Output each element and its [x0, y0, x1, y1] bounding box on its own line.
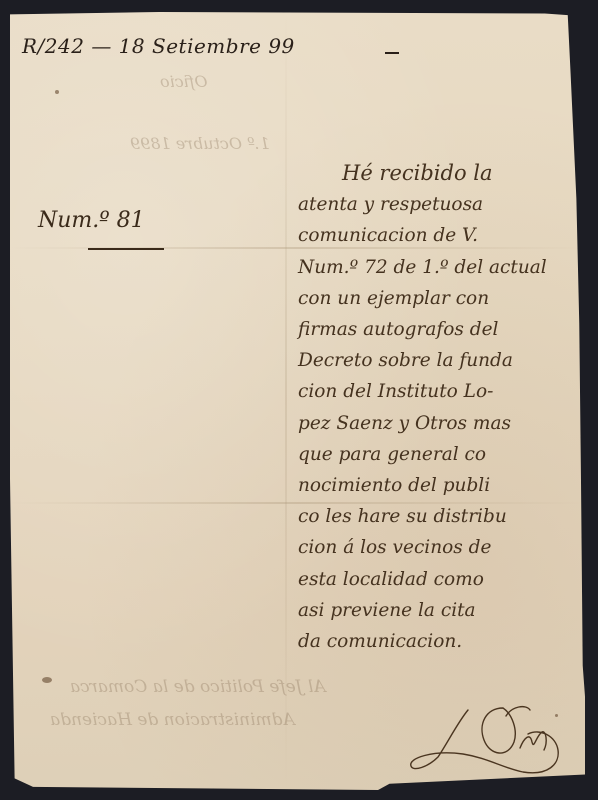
letter-body: Hé recibido la atenta y respetuosa comun… — [298, 158, 578, 657]
body-line: Hé recibido la — [298, 158, 578, 189]
signature-rubric-icon — [408, 702, 568, 782]
body-line: nocimiento del publi — [298, 470, 578, 501]
bleed-through-text: 1.º Octubre 1899 — [130, 134, 270, 153]
body-line: pez Saenz y Otros mas — [298, 408, 578, 439]
document-scan: Oficio 1.º Octubre 1899 Al Jefe Politico… — [0, 0, 598, 800]
body-line: firmas autografos del — [298, 314, 578, 345]
ink-spot — [55, 90, 59, 94]
bleed-through-text: Al Jefe Politico de la Comarca — [70, 677, 326, 697]
body-line: Decreto sobre la funda — [298, 345, 578, 376]
body-line: Num.º 72 de 1.º del actual — [298, 252, 578, 283]
bleed-through-text: Administracion de Hacienda — [50, 710, 295, 730]
body-line: cion á los vecinos de — [298, 532, 578, 563]
reference-underline — [385, 52, 399, 54]
body-line: asi previene la cita — [298, 595, 578, 626]
body-line: esta localidad como — [298, 564, 578, 595]
body-line: da comunicacion. — [298, 626, 578, 657]
number-underline — [88, 248, 164, 250]
ink-spot — [42, 677, 52, 683]
body-line: que para general co — [298, 439, 578, 470]
body-line: co les hare su distribu — [298, 501, 578, 532]
fold-crease — [285, 12, 287, 790]
bleed-through-text: Oficio — [160, 72, 208, 91]
document-number: Num.º 81 — [38, 208, 145, 233]
body-line: con un ejemplar con — [298, 283, 578, 314]
reference-annotation: R/242 — 18 Setiembre 99 — [22, 34, 295, 58]
body-line: atenta y respetuosa — [298, 189, 578, 220]
body-line: cion del Instituto Lo- — [298, 376, 578, 407]
body-line: comunicacion de V. — [298, 220, 578, 251]
